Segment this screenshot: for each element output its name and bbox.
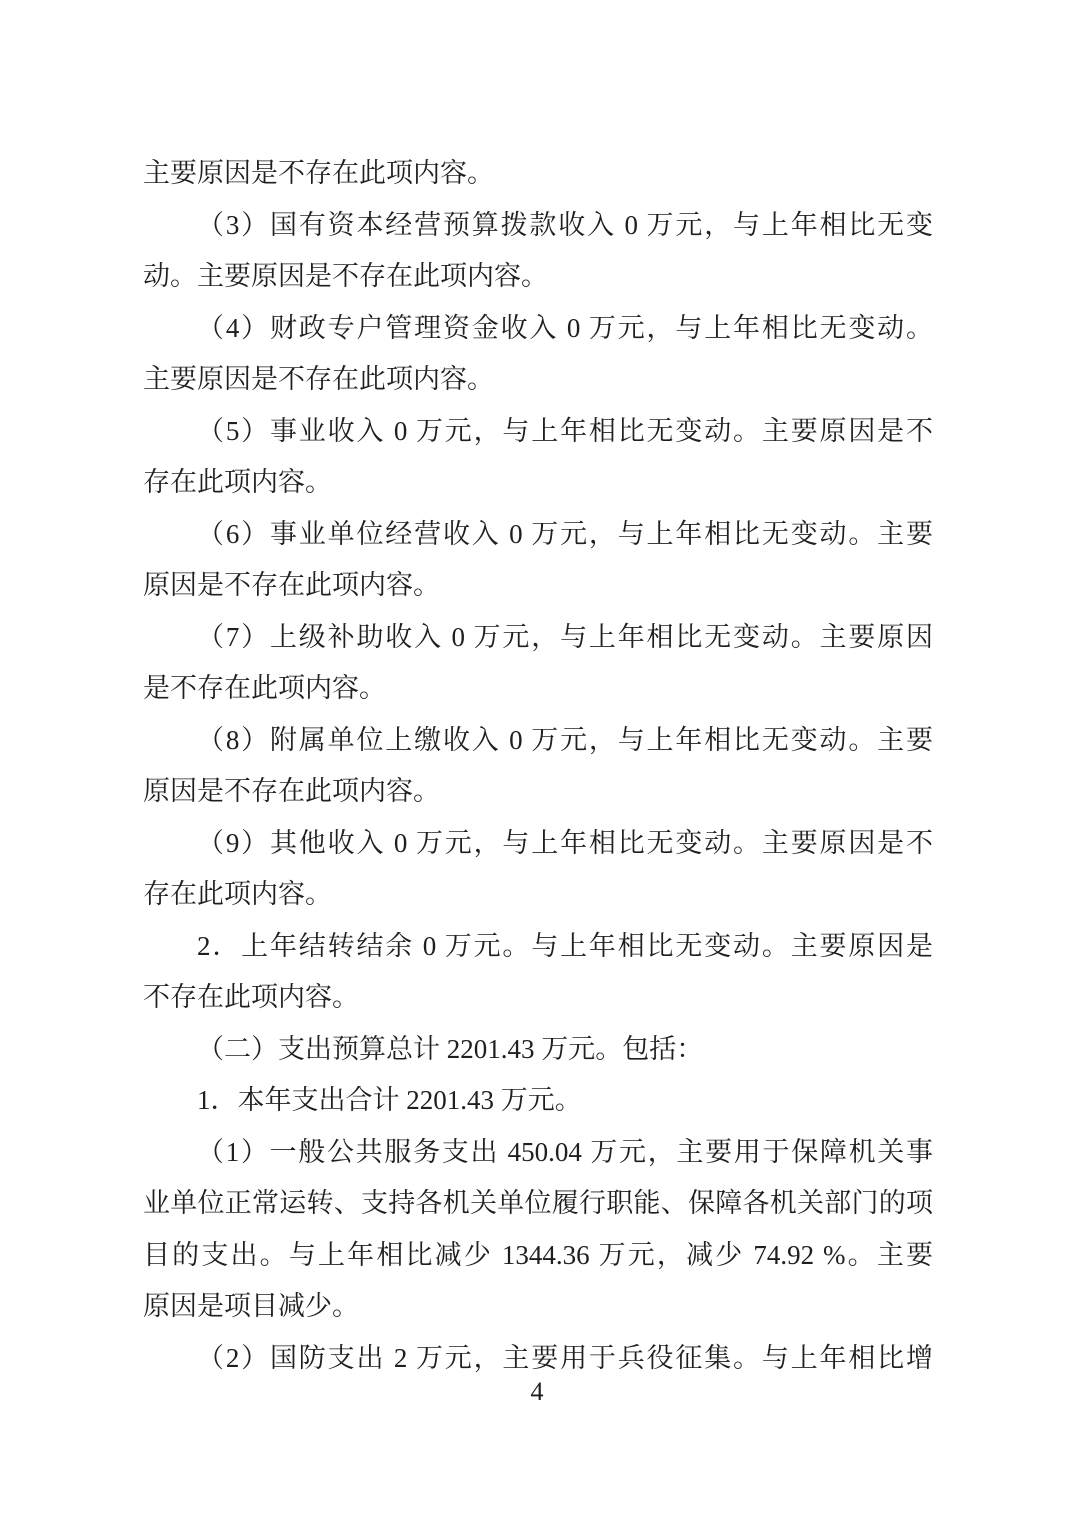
text-line: 主要原因是不存在此项内容。 [143, 354, 933, 406]
text-line: （7）上级补助收入 0 万元，与上年相比无变动。主要原因 [143, 612, 933, 664]
text-line: （5）事业收入 0 万元，与上年相比无变动。主要原因是不 [143, 406, 933, 458]
text-line: 原因是项目减少。 [143, 1281, 933, 1333]
text-line: 1．本年支出合计 2201.43 万元。 [143, 1075, 933, 1127]
text-line: （4）财政专户管理资金收入 0 万元，与上年相比无变动。 [143, 303, 933, 355]
page-number: 4 [0, 1374, 1074, 1410]
text-line: 是不存在此项内容。 [143, 663, 933, 715]
text-line: 原因是不存在此项内容。 [143, 766, 933, 818]
text-line: （6）事业单位经营收入 0 万元，与上年相比无变动。主要 [143, 509, 933, 561]
text-line: （1）一般公共服务支出 450.04 万元，主要用于保障机关事 [143, 1127, 933, 1179]
text-line: 原因是不存在此项内容。 [143, 560, 933, 612]
text-line: 2．上年结转结余 0 万元。与上年相比无变动。主要原因是 [143, 921, 933, 973]
text-line: （9）其他收入 0 万元，与上年相比无变动。主要原因是不 [143, 818, 933, 870]
text-line: （8）附属单位上缴收入 0 万元，与上年相比无变动。主要 [143, 715, 933, 767]
document-page: 主要原因是不存在此项内容。 （3）国有资本经营预算拨款收入 0 万元，与上年相比… [0, 0, 1074, 1520]
text-line: 目的支出。与上年相比减少 1344.36 万元，减少 74.92 %。主要 [143, 1230, 933, 1282]
text-line: 动。主要原因是不存在此项内容。 [143, 251, 933, 303]
text-line: （3）国有资本经营预算拨款收入 0 万元，与上年相比无变 [143, 200, 933, 252]
text-line: 主要原因是不存在此项内容。 [143, 148, 933, 200]
text-line: 存在此项内容。 [143, 457, 933, 509]
text-line: （二）支出预算总计 2201.43 万元。包括： [143, 1024, 933, 1076]
text-line: 存在此项内容。 [143, 869, 933, 921]
body-text: 主要原因是不存在此项内容。 （3）国有资本经营预算拨款收入 0 万元，与上年相比… [143, 148, 933, 1384]
text-line: 不存在此项内容。 [143, 972, 933, 1024]
text-line: 业单位正常运转、支持各机关单位履行职能、保障各机关部门的项 [143, 1178, 933, 1230]
